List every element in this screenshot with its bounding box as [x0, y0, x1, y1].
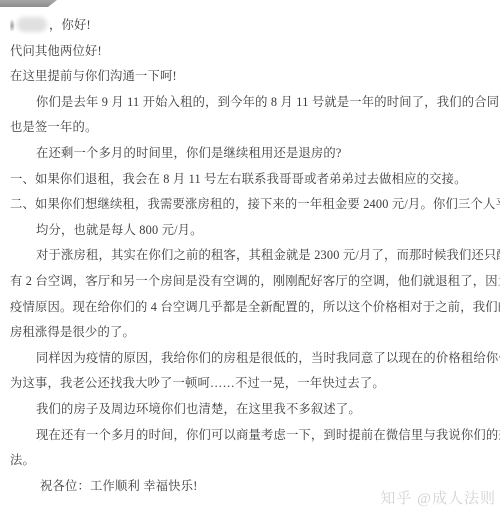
censored-top-strip: [0, 0, 57, 7]
letter-line: 房租涨得是很少的了。: [10, 320, 494, 346]
letter-body: ，你好!代问其他两位好!在这里提前与你们沟通一下呵!你们是去年 9 月 11 开…: [10, 13, 494, 499]
zhihu-watermark: 知乎 @成人法则: [380, 487, 496, 508]
letter-line: 均分，也就是每人 800 元/月。: [10, 218, 494, 244]
letter-line: 法。: [10, 448, 494, 474]
letter-line: ，你好!: [10, 13, 494, 39]
letter-line: 在还剩一个多月的时间里，你们是继续租用还是退房的?: [10, 141, 494, 167]
letter-line: 代问其他两位好!: [10, 39, 494, 65]
letter-line: 一、如果你们退租，我会在 8 月 11 号左右联系我哥哥或者弟弟过去做相应的交接…: [10, 167, 494, 193]
letter-line: 现在还有一个多月的时间，你们可以商量考虑一下，到时提前在微信里与我说你们的想: [10, 423, 494, 449]
letter-line: 二、如果你们想继续租，我需要涨房租的，接下来的一年租金要 2400 元/月。你们…: [10, 192, 494, 218]
letter-line: 同样因为疫情的原因，我给你们的房租是很低的，当时我同意了以现在的价格租给你们: [10, 346, 494, 372]
letter-line: 有 2 台空调，客厅和另一个房间是没有空调的，刚刚配好客厅的空调，他们就退租了，…: [10, 269, 494, 295]
letter-line: 疫情原因。现在给你们的 4 台空调几乎都是全新配置的，所以这个价格相对于之前，我…: [10, 295, 494, 321]
letter-line: 也是签一年的。: [10, 115, 494, 141]
letter-line: 为这事，我老公还找我大吵了一顿呵……不过一晃，一年快过去了。: [10, 371, 494, 397]
censored-name-remnant: [10, 19, 15, 31]
letter-line: 你们是去年 9 月 11 开始入租的，到今年的 8 月 11 号就是一年的时间了…: [10, 90, 494, 116]
letter-screenshot: ，你好!代问其他两位好!在这里提前与你们沟通一下呵!你们是去年 9 月 11 开…: [0, 0, 500, 515]
letter-line: 在这里提前与你们沟通一下呵!: [10, 64, 494, 90]
letter-line: 我们的房子及周边环境你们也清楚，在这里我不多叙述了。: [10, 397, 494, 423]
censored-name-blur: [17, 17, 47, 32]
letter-line: 对于涨房租，其实在你们之前的租客，其租金就是 2300 元/月了，而那时候我们还…: [10, 243, 494, 269]
